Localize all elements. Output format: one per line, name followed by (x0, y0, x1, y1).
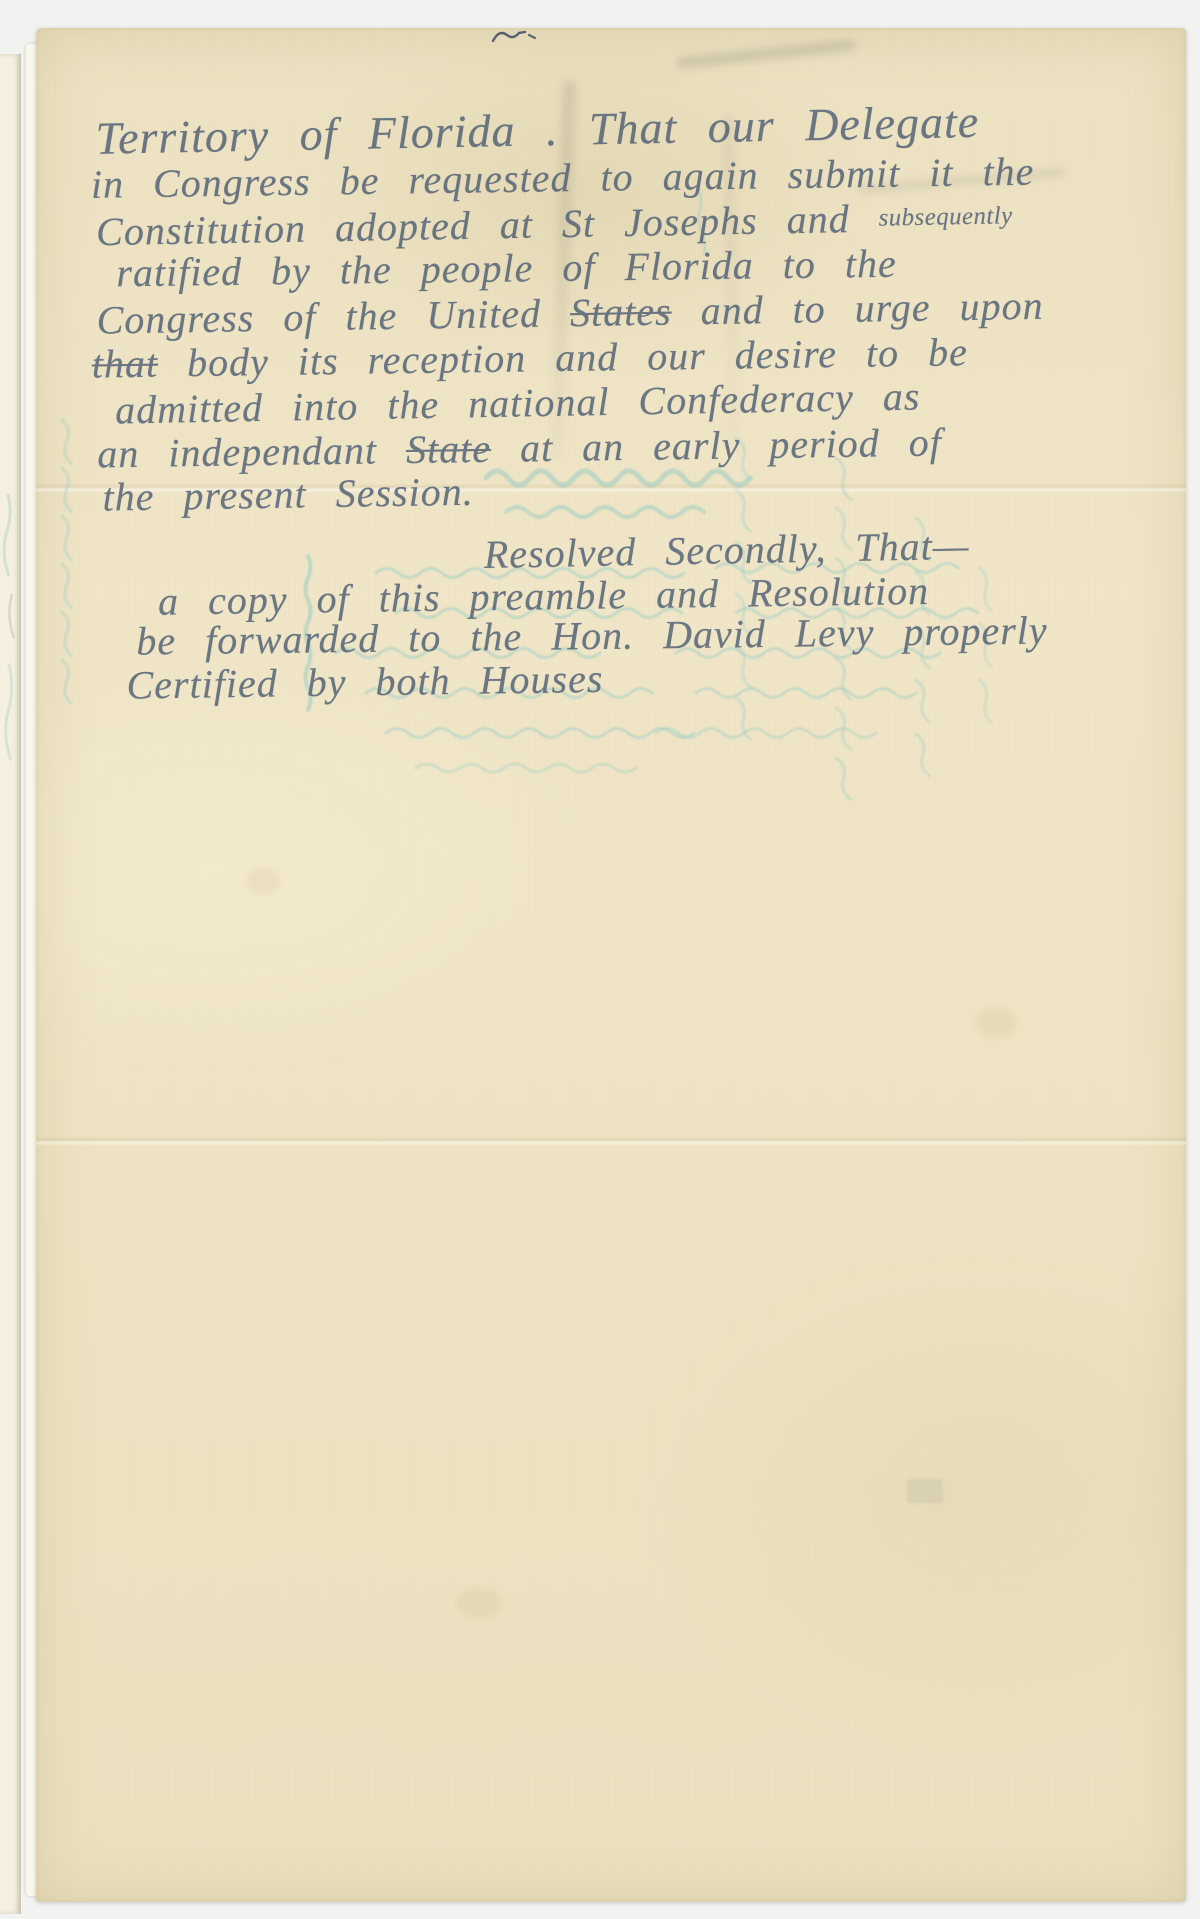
manuscript-words: State (406, 426, 492, 472)
adjacent-page-edge (0, 54, 21, 1914)
manuscript-line: the present Session. (102, 470, 474, 520)
manuscript-words: . That our Delegate (515, 96, 980, 156)
manuscript-words: States (570, 289, 672, 336)
manuscript-text: Territory of Florida . That our Delegate… (36, 28, 1186, 1902)
faint-stamp-mark (908, 1480, 942, 1502)
bleed-squiggle (6, 664, 12, 760)
bleed-squiggle (4, 494, 10, 576)
manuscript-words: subsequently (878, 202, 1013, 231)
manuscript-words: at an early period of (491, 420, 942, 471)
manuscript-words: Congress of the United (96, 290, 570, 342)
manuscript-line: Certified by both Houses (126, 657, 603, 708)
manuscript-line: an independant State at an early period … (97, 421, 942, 477)
manuscript-words: and to urge upon (671, 283, 1044, 334)
manuscript-words: Certified by both Houses (126, 656, 603, 708)
adjacent-page-bleed-marks (0, 484, 22, 784)
pencil-mark (9, 594, 14, 638)
manuscript-words: the present Session. (102, 469, 474, 520)
manuscript-words: an independant (97, 427, 406, 476)
manuscript-page: Territory of Florida . That our Delegate… (36, 28, 1186, 1902)
scan-background: Territory of Florida . That our Delegate… (0, 0, 1200, 1919)
manuscript-words: that (92, 341, 159, 387)
manuscript-words: Territory of Florida (95, 105, 516, 164)
